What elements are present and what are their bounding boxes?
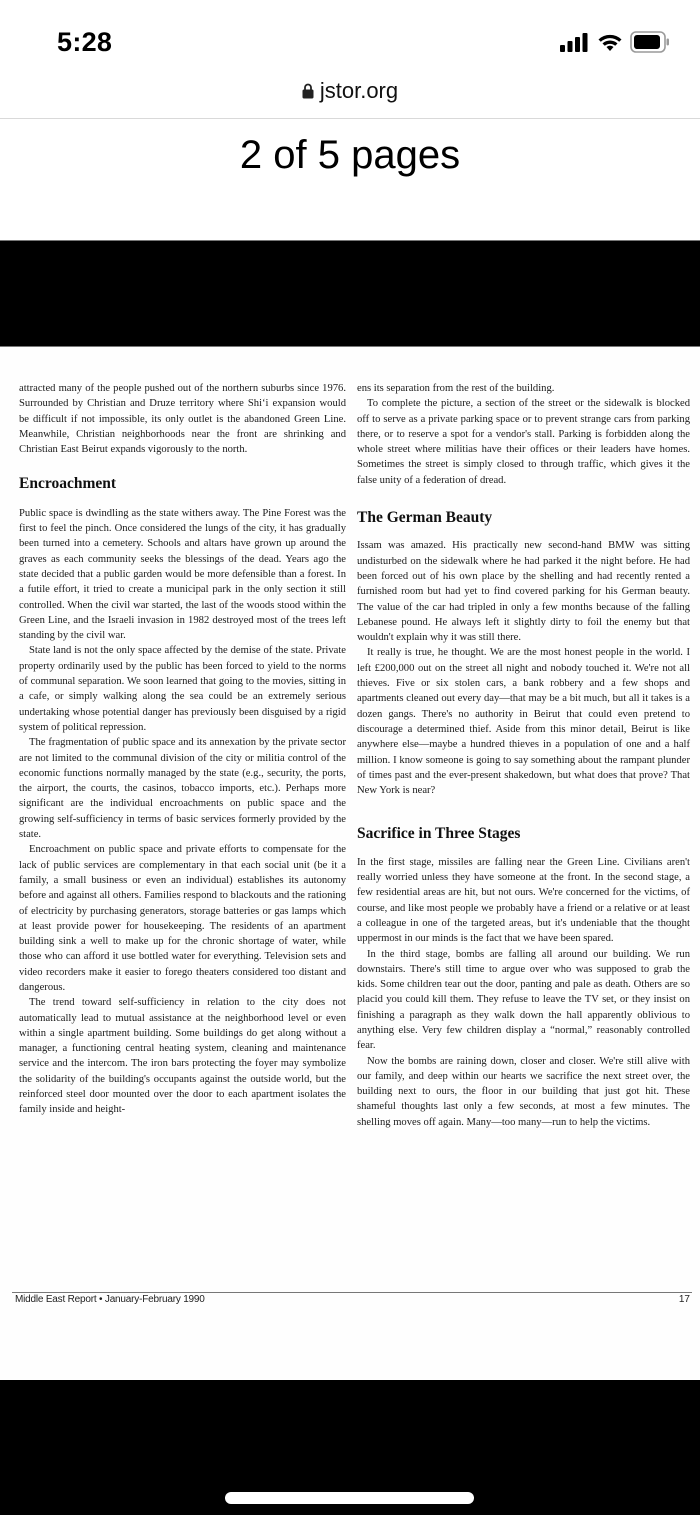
section-heading-sacrifice: Sacrifice in Three Stages	[357, 826, 690, 841]
battery-icon	[630, 31, 670, 53]
toolbar-divider	[0, 118, 700, 119]
document-page[interactable]: attracted many of the people pushed out …	[0, 347, 700, 1380]
paragraph: In the first stage, missiles are falling…	[357, 855, 690, 947]
paragraph: Encroachment on public space and private…	[19, 842, 346, 995]
footer-publication: Middle East Report • January-February 19…	[15, 1294, 205, 1305]
paragraph: State land is not the only space affecte…	[19, 643, 346, 735]
left-column: attracted many of the people pushed out …	[19, 381, 346, 1118]
footer-rule	[12, 1292, 692, 1293]
url-text[interactable]: jstor.org	[320, 78, 398, 104]
address-bar[interactable]: jstor.org	[0, 78, 700, 118]
paragraph: It really is true, he thought. We are th…	[357, 645, 690, 798]
page-indicator: 2 of 5 pages	[0, 133, 700, 178]
footer-page-number: 17	[679, 1294, 690, 1305]
wifi-icon	[597, 32, 623, 52]
paragraph: The fragmentation of public space and it…	[19, 735, 346, 842]
paragraph: Now the bombs are raining down, closer a…	[357, 1054, 690, 1130]
paragraph: Public space is dwindling as the state w…	[19, 506, 346, 644]
continuation-paragraph: ens its separation from the rest of the …	[357, 381, 690, 396]
paragraph: Issam was amazed. His practically new se…	[357, 538, 690, 645]
clock: 5:28	[57, 27, 112, 58]
section-heading-german-beauty: The German Beauty	[357, 510, 690, 525]
lock-icon	[302, 83, 314, 99]
paragraph: The trend toward self-sufficiency in rel…	[19, 995, 346, 1117]
paragraph: In the third stage, bombs are falling al…	[357, 947, 690, 1054]
letterbox-top	[0, 240, 700, 347]
paragraph: To complete the picture, a section of th…	[357, 396, 690, 488]
status-bar: 5:28	[0, 0, 700, 80]
right-column: ens its separation from the rest of the …	[357, 381, 690, 1130]
home-indicator[interactable]	[225, 1492, 474, 1504]
section-heading-encroachment: Encroachment	[19, 476, 346, 491]
cellular-signal-icon	[560, 32, 590, 52]
status-icons	[560, 31, 670, 53]
intro-paragraph: attracted many of the people pushed out …	[19, 381, 346, 457]
letterbox-bottom	[0, 1380, 700, 1515]
